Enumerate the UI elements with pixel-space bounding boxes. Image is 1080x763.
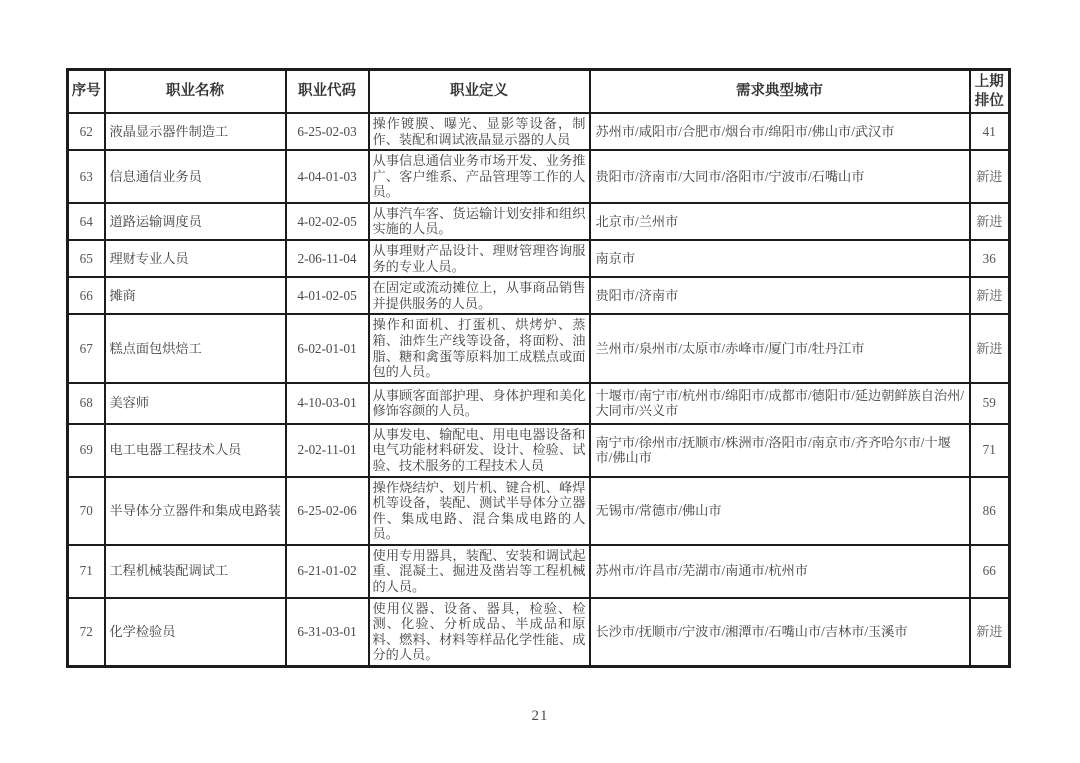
previous-rank-cell: 66 [970, 545, 1010, 598]
occupation-code-cell: 4-10-03-01 [286, 383, 369, 424]
table-row: 67 糕点面包烘焙工 6-02-01-01 操作和面机、打蛋机、烘烤炉、蒸箱、油… [68, 314, 1010, 382]
occupation-code-cell: 6-21-01-02 [286, 545, 369, 598]
occupation-definition-cell: 操作烧结炉、划片机、键合机、峰焊机等设备，装配、测试半导体分立器件、集成电路、混… [369, 477, 590, 545]
occupation-code-cell: 6-25-02-06 [286, 477, 369, 545]
serial-number-cell: 63 [68, 150, 105, 203]
page-number: 21 [0, 708, 1080, 725]
occupation-code-cell: 4-02-02-05 [286, 203, 369, 240]
previous-rank-cell: 新进 [970, 277, 1010, 314]
table-row: 62 液晶显示器件制造工 6-25-02-03 操作镀膜、曝光、显影等设备，制作… [68, 113, 1010, 150]
occupation-name-cell: 美容师 [105, 383, 286, 424]
previous-rank-cell: 36 [970, 240, 1010, 277]
occupation-definition-cell: 从事汽车客、货运输计划安排和组织实施的人员。 [369, 203, 590, 240]
previous-rank-cell: 41 [970, 113, 1010, 150]
occupation-code-cell: 6-31-03-01 [286, 598, 369, 667]
demand-cities-cell: 贵阳市/济南市/大同市/洛阳市/宁波市/石嘴山市 [590, 150, 970, 203]
occupation-definition-cell: 使用专用器具，装配、安装和调试起重、混凝土、掘进及凿岩等工程机械的人员。 [369, 545, 590, 598]
header-demand-cities: 需求典型城市 [590, 70, 970, 114]
occupation-definition-cell: 从事信息通信业务市场开发、业务推广、客户维系、产品管理等工作的人员。 [369, 150, 590, 203]
table-row: 64 道路运输调度员 4-02-02-05 从事汽车客、货运输计划安排和组织实施… [68, 203, 1010, 240]
table-row: 68 美容师 4-10-03-01 从事顾客面部护理、身体护理和美化修饰容颜的人… [68, 383, 1010, 424]
occupation-definition-cell: 操作和面机、打蛋机、烘烤炉、蒸箱、油炸生产线等设备，将面粉、油脂、糖和禽蛋等原料… [369, 314, 590, 382]
table-row: 70 半导体分立器件和集成电路装 6-25-02-06 操作烧结炉、划片机、键合… [68, 477, 1010, 545]
serial-number-cell: 70 [68, 477, 105, 545]
occupation-name-cell: 工程机械装配调试工 [105, 545, 286, 598]
demand-cities-cell: 无锡市/常德市/佛山市 [590, 477, 970, 545]
demand-cities-cell: 兰州市/泉州市/太原市/赤峰市/厦门市/牡丹江市 [590, 314, 970, 382]
occupation-name-cell: 半导体分立器件和集成电路装 [105, 477, 286, 545]
occupation-definition-cell: 在固定或流动摊位上，从事商品销售并提供服务的人员。 [369, 277, 590, 314]
header-serial-number: 序号 [68, 70, 105, 114]
previous-rank-cell: 新进 [970, 314, 1010, 382]
occupation-definition-cell: 操作镀膜、曝光、显影等设备，制作、装配和调试液晶显示器的人员 [369, 113, 590, 150]
table-body: 62 液晶显示器件制造工 6-25-02-03 操作镀膜、曝光、显影等设备，制作… [68, 113, 1010, 666]
demand-cities-cell: 长沙市/抚顺市/宁波市/湘潭市/石嘴山市/吉林市/玉溪市 [590, 598, 970, 667]
serial-number-cell: 66 [68, 277, 105, 314]
occupation-code-cell: 4-04-01-03 [286, 150, 369, 203]
occupation-code-cell: 2-02-11-01 [286, 424, 369, 477]
demand-cities-cell: 十堰市/南宁市/杭州市/绵阳市/成都市/德阳市/延边朝鲜族自治州/大同市/兴义市 [590, 383, 970, 424]
table-row: 71 工程机械装配调试工 6-21-01-02 使用专用器具，装配、安装和调试起… [68, 545, 1010, 598]
demand-cities-cell: 贵阳市/济南市 [590, 277, 970, 314]
occupation-code-cell: 4-01-02-05 [286, 277, 369, 314]
occupation-name-cell: 化学检验员 [105, 598, 286, 667]
serial-number-cell: 65 [68, 240, 105, 277]
previous-rank-cell: 新进 [970, 150, 1010, 203]
serial-number-cell: 64 [68, 203, 105, 240]
occupation-name-cell: 理财专业人员 [105, 240, 286, 277]
serial-number-cell: 68 [68, 383, 105, 424]
serial-number-cell: 69 [68, 424, 105, 477]
occupation-code-cell: 2-06-11-04 [286, 240, 369, 277]
occupation-code-cell: 6-02-01-01 [286, 314, 369, 382]
serial-number-cell: 72 [68, 598, 105, 667]
table-row: 69 电工电器工程技术人员 2-02-11-01 从事发电、输配电、用电电器设备… [68, 424, 1010, 477]
serial-number-cell: 71 [68, 545, 105, 598]
table-row: 63 信息通信业务员 4-04-01-03 从事信息通信业务市场开发、业务推广、… [68, 150, 1010, 203]
demand-cities-cell: 南宁市/徐州市/抚顺市/株洲市/洛阳市/南京市/齐齐哈尔市/十堰市/佛山市 [590, 424, 970, 477]
occupation-name-cell: 信息通信业务员 [105, 150, 286, 203]
header-previous-rank: 上期排位 [970, 70, 1010, 114]
occupation-name-cell: 液晶显示器件制造工 [105, 113, 286, 150]
table-header: 序号 职业名称 职业代码 职业定义 需求典型城市 上期排位 [68, 70, 1010, 114]
previous-rank-cell: 86 [970, 477, 1010, 545]
occupation-name-cell: 糕点面包烘焙工 [105, 314, 286, 382]
demand-cities-cell: 南京市 [590, 240, 970, 277]
occupation-definition-cell: 从事发电、输配电、用电电器设备和电气功能材料研发、设计、检验、试验、技术服务的工… [369, 424, 590, 477]
serial-number-cell: 62 [68, 113, 105, 150]
table-row: 72 化学检验员 6-31-03-01 使用仪器、设备、器具，检验、检测、化验、… [68, 598, 1010, 667]
header-occupation-name: 职业名称 [105, 70, 286, 114]
demand-cities-cell: 苏州市/咸阳市/合肥市/烟台市/绵阳市/佛山市/武汉市 [590, 113, 970, 150]
occupation-name-cell: 摊商 [105, 277, 286, 314]
occupation-definition-cell: 从事顾客面部护理、身体护理和美化修饰容颜的人员。 [369, 383, 590, 424]
header-occupation-definition: 职业定义 [369, 70, 590, 114]
table-row: 65 理财专业人员 2-06-11-04 从事理财产品设计、理财管理咨询服务的专… [68, 240, 1010, 277]
occupation-name-cell: 道路运输调度员 [105, 203, 286, 240]
demand-cities-cell: 北京市/兰州市 [590, 203, 970, 240]
previous-rank-cell: 新进 [970, 598, 1010, 667]
demand-cities-cell: 苏州市/许昌市/芜湖市/南通市/杭州市 [590, 545, 970, 598]
occupation-definition-cell: 使用仪器、设备、器具，检验、检测、化验、分析成品、半成品和原料、燃料、材料等样品… [369, 598, 590, 667]
table-row: 66 摊商 4-01-02-05 在固定或流动摊位上，从事商品销售并提供服务的人… [68, 277, 1010, 314]
previous-rank-cell: 59 [970, 383, 1010, 424]
occupation-definition-cell: 从事理财产品设计、理财管理咨询服务的专业人员。 [369, 240, 590, 277]
header-occupation-code: 职业代码 [286, 70, 369, 114]
occupation-code-cell: 6-25-02-03 [286, 113, 369, 150]
previous-rank-cell: 71 [970, 424, 1010, 477]
header-row: 序号 职业名称 职业代码 职业定义 需求典型城市 上期排位 [68, 70, 1010, 114]
previous-rank-cell: 新进 [970, 203, 1010, 240]
occupation-table: 序号 职业名称 职业代码 职业定义 需求典型城市 上期排位 62 液晶显示器件制… [66, 68, 1011, 668]
serial-number-cell: 67 [68, 314, 105, 382]
occupation-name-cell: 电工电器工程技术人员 [105, 424, 286, 477]
